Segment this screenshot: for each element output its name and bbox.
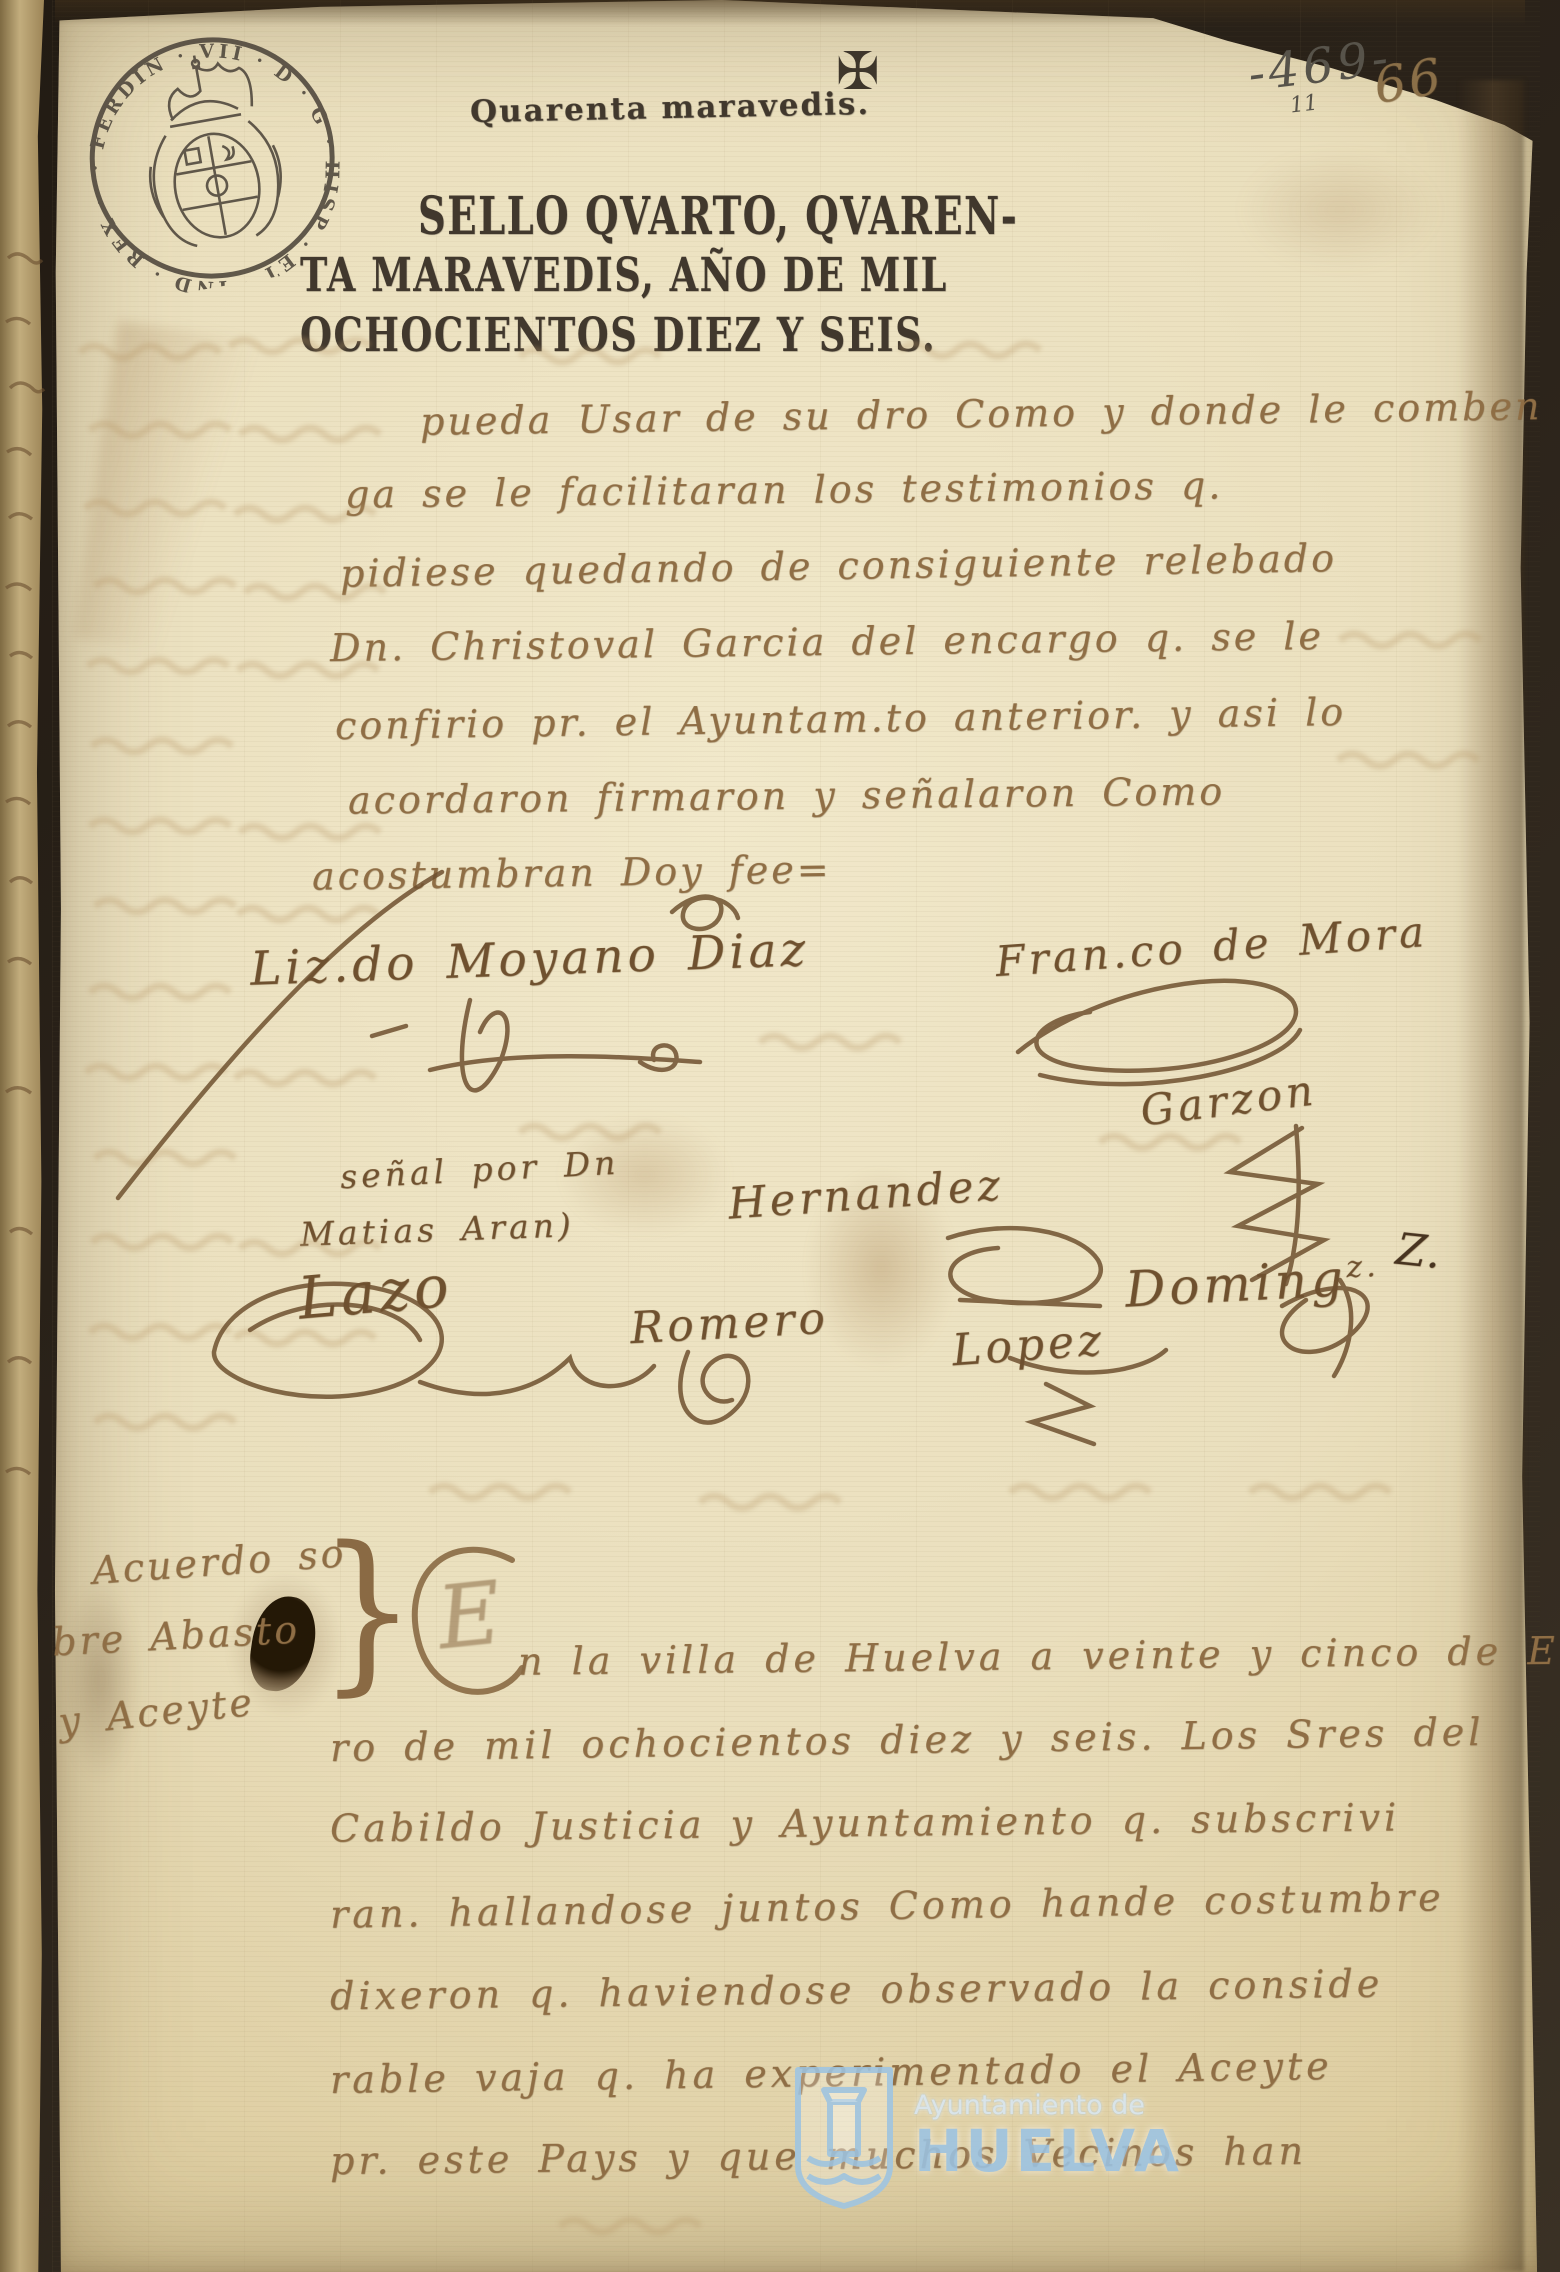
- manuscript-line: acordaron firmaron y señalaron Como: [348, 769, 1226, 822]
- adjacent-page-edge: [0, 0, 44, 2272]
- manuscript-line: acostumbran Doy fee=: [312, 847, 832, 898]
- archival-document-scan: · FERDIN · VII · D · G · HISP · ET · IND…: [0, 0, 1560, 2272]
- signature-lazo: Lazo: [295, 1251, 455, 1332]
- folio-number-pencil-small: 11: [1289, 90, 1320, 118]
- huelva-crest-icon: [788, 2062, 900, 2212]
- signature-z-mark: Z.: [1393, 1224, 1444, 1280]
- initial-letter: E: [433, 1563, 509, 1669]
- seal-title-line2: TA MARAVEDIS, AÑO DE MIL: [300, 248, 948, 303]
- folio-number-ink: 66: [1370, 47, 1448, 115]
- signature-lopez: Lopez: [950, 1315, 1106, 1377]
- seal-title-line1: SELLO QVARTO, QVAREN-: [418, 186, 1018, 247]
- signature-dominguez-superscript: z.: [1345, 1249, 1380, 1286]
- manuscript-line: ga se le facilitaran los testimonios q.: [345, 463, 1224, 516]
- signature-romero: Romero: [629, 1293, 830, 1354]
- margin-note-brace: }: [318, 1509, 417, 1712]
- watermark-city-label: HUELVA: [914, 2121, 1182, 2182]
- signature-dominguez-text: Doming: [1124, 1249, 1349, 1319]
- seal-title-line3: OCHOCIENTOS DIEZ Y SEIS.: [300, 308, 936, 363]
- archive-watermark: Ayuntamiento de HUELVA: [788, 2062, 1182, 2212]
